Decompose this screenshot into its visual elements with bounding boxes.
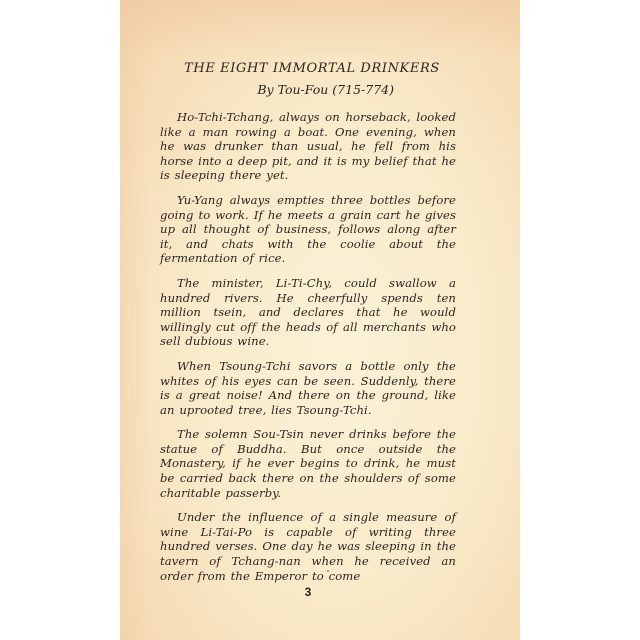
paragraph-li-ti-chy: The minister, Li-Ti-Chy, could swallow a… [160, 276, 456, 349]
book-page: THE EIGHT IMMORTAL DRINKERS By Tou-Fou (… [120, 0, 520, 640]
chapter-title: THE EIGHT IMMORTAL DRINKERS [160, 61, 456, 77]
paragraph-li-tai-po: Under the influence of a single measure … [160, 510, 456, 583]
author-byline: By Tou-Fou (715-774) [160, 82, 456, 98]
paragraph-ho-tchi-tchang: Ho-Tchi-Tchang, always on horseback, loo… [160, 110, 456, 183]
page-text-block: THE EIGHT IMMORTAL DRINKERS By Tou-Fou (… [160, 61, 456, 599]
paragraph-sou-tsin: The solemn Sou-Tsin never drinks before … [160, 427, 456, 500]
paper-speck [327, 570, 329, 572]
paragraph-tsoung-tchi: When Tsoung-Tchi savors a bottle only th… [160, 359, 456, 417]
paragraph-yu-yang: Yu-Yang always empties three bottles bef… [160, 193, 456, 266]
page-number: 3 [160, 585, 456, 599]
